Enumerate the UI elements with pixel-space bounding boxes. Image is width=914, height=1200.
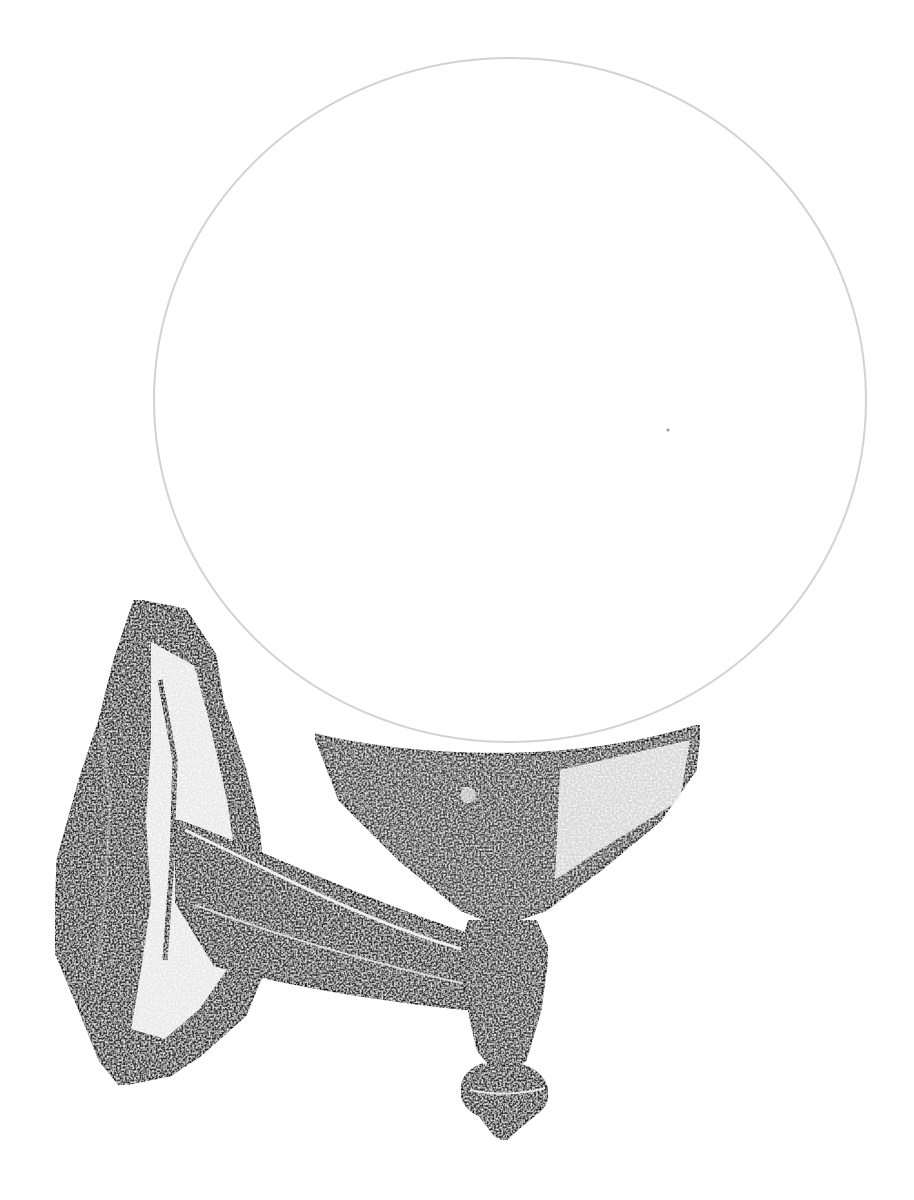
finial bbox=[461, 920, 548, 1140]
globe-holder-cup bbox=[315, 725, 700, 925]
screw-icon bbox=[459, 786, 477, 804]
globe-shade bbox=[154, 58, 866, 742]
wall-lamp-illustration bbox=[0, 0, 914, 1200]
wall-plate bbox=[55, 600, 270, 1085]
